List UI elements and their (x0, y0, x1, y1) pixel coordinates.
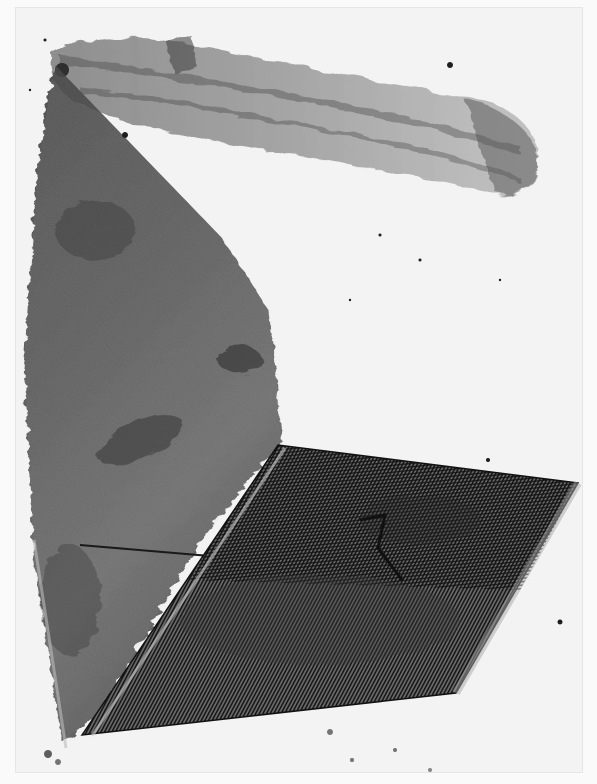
artwork-canvas (0, 0, 597, 784)
artwork-svg (0, 0, 597, 784)
